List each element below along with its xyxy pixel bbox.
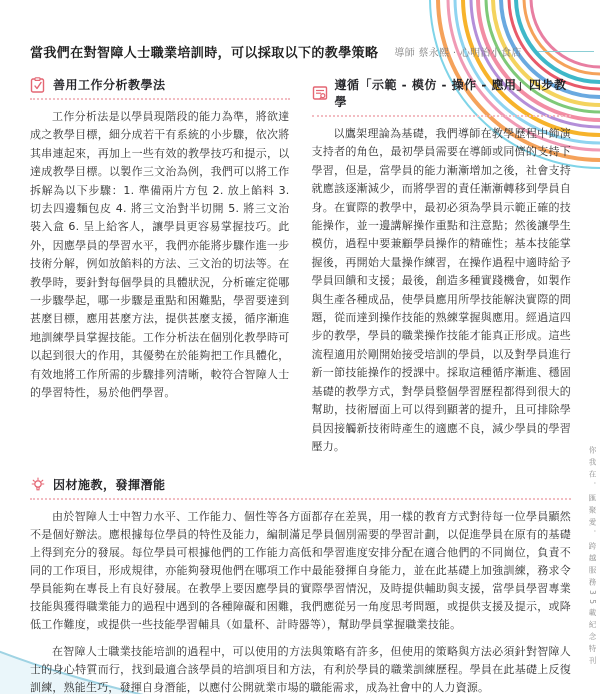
section-four-step-teaching: 遵循「示範 - 模仿 - 操作 - 應用」四步教學 以鷹架理論為基礎，我們導師在… <box>312 76 572 456</box>
page-content: 當我們在對智障人士職業培訓時，可以採取以下的教學策略 導師 蔡永熙 · 心明治小… <box>30 42 571 694</box>
section-head: 遵循「示範 - 模仿 - 操作 - 應用」四步教學 <box>312 76 572 110</box>
section-body: 以鷹架理論為基礎，我們導師在教學歷程中飾演支持者的角色，最初學員需要在導師或同儕… <box>312 125 572 456</box>
byline-rule <box>538 51 594 52</box>
section-head: 善用工作分析教學法 <box>30 76 290 93</box>
section-heading: 因材施教，發揮潛能 <box>53 476 166 493</box>
section-head: 因材施教，發揮潛能 <box>30 476 571 493</box>
section-body: 工作分析法是以學員現階段的能力為準，將欲達成之教學目標，細分成若干有系統的小步驟… <box>30 108 290 403</box>
section-divider <box>312 115 572 117</box>
section-divider <box>30 498 571 500</box>
section-paragraph: 由於智障人士中智力水平、工作能力、個性等各方面都存在差異，用一樣的教育方式對待每… <box>30 508 571 634</box>
section-heading: 遵循「示範 - 模仿 - 操作 - 應用」四步教學 <box>335 76 572 110</box>
clipboard-check-icon <box>30 77 46 93</box>
side-caption: 你我在．匯聚愛．跨越服務35載紀念特刊 <box>587 446 598 669</box>
section-heading: 善用工作分析教學法 <box>53 76 166 93</box>
byline: 導師 蔡永熙 · 心明治小食店 <box>394 44 521 59</box>
page-title: 當我們在對智障人士職業培訓時，可以採取以下的教學策略 <box>30 42 378 61</box>
two-column-area: 善用工作分析教學法 工作分析法是以學員現階段的能力為準，將欲達成之教學目標，細分… <box>30 76 571 456</box>
section-work-analysis: 善用工作分析教學法 工作分析法是以學員現階段的能力為準，將欲達成之教學目標，細分… <box>30 76 290 403</box>
section-individualized-teaching: 因材施教，發揮潛能 由於智障人士中智力水平、工作能力、個性等各方面都存在差異，用… <box>30 476 571 694</box>
document-steps-icon <box>312 85 328 101</box>
section-divider <box>30 98 290 100</box>
section-paragraph: 在智障人士職業技能培訓的過程中，可以使用的方法與策略有許多，但使用的策略與方法必… <box>30 643 571 694</box>
title-row: 當我們在對智障人士職業培訓時，可以採取以下的教學策略 導師 蔡永熙 · 心明治小… <box>30 42 571 61</box>
lightbulb-icon <box>30 477 46 493</box>
